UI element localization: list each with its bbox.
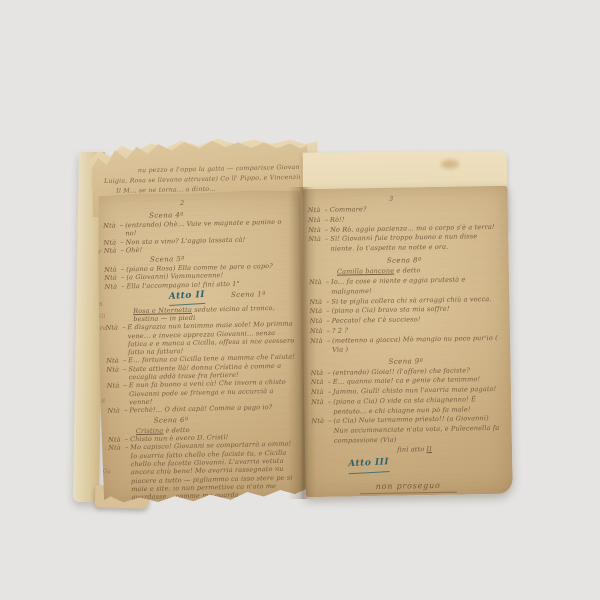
dialogue-text: (a Cia) Nuie turnammo priesto!! (a Giova…: [333, 414, 502, 446]
speaker-abbreviation: Ntà: [104, 246, 119, 255]
speaker-abbreviation: Ntà: [106, 365, 121, 374]
stage-direction-underlined: Rosa e Nternetta: [133, 305, 192, 314]
speaker-abbreviation: Ntà: [308, 216, 323, 226]
speaker-abbreviation: Ntà: [308, 206, 323, 216]
manuscript-page-right: 3 Ntà–Commare?Ntà–Rò!!Ntà–No Rò, aggio p…: [300, 186, 512, 498]
dialogue-text: Giovanni a me nun m'è riuscito, ma l'ava…: [131, 498, 301, 552]
right-page-text: Ntà–Commare?Ntà–Rò!!Ntà–No Rò, aggio pac…: [301, 201, 513, 494]
dialogue-line: Ntà–(mettenno a giacca) Mò mangio nu poc…: [310, 333, 501, 356]
act-closing-number: II: [426, 445, 432, 453]
handwritten-note-text: non proseguo: [360, 480, 457, 494]
dialogue-text: E nun fa buono a venì cà! Che invorn a c…: [129, 378, 299, 407]
handwritten-note: non proseguo: [313, 479, 504, 494]
margin-mark: Gu: [103, 469, 111, 475]
margin-mark: E: [101, 399, 105, 405]
speaker-abbreviation: Ntà: [309, 297, 324, 307]
speaker-abbreviation: Ntà: [105, 324, 120, 333]
speaker-abbreviation: Ntà: [310, 307, 325, 317]
paper-stain: [441, 160, 459, 169]
speaker-abbreviation: Ntà: [309, 278, 324, 288]
dialogue-line: Ntà–Mo capisco! Giovanni se comportarrà …: [108, 440, 300, 503]
margin-mark: Gi: [99, 314, 105, 320]
speaker-abbreviation: Ntà: [310, 327, 325, 337]
speaker-abbreviation: Ntà: [310, 336, 325, 346]
speaker-abbreviation: Ntà: [107, 382, 122, 391]
speaker-abbreviation: Ntà: [308, 225, 323, 235]
stage-direction-underlined: Camilla bancone: [337, 267, 394, 276]
stage-direction-underlined: Cristina: [136, 426, 164, 435]
margin-marks: FSGiPeEGu: [104, 548, 311, 553]
speaker-abbreviation: Ntà: [310, 317, 325, 327]
dialogue-text: Sì! Giovanni fuie troppo buono e nun dis…: [330, 232, 499, 254]
dialogue-line: Ntà–Sì! Giovanni fuie troppo buono e nun…: [308, 232, 499, 255]
act-title: Atto III: [348, 456, 390, 474]
speaker-abbreviation: Ntà: [311, 417, 326, 427]
open-manuscript-book: nu pezzo e l'oppa la gatta — comparisce …: [0, 0, 600, 600]
left-page-text: Scena 4ªNtà–(entrando) Ohè... Vuie ve ma…: [96, 204, 311, 552]
speaker-abbreviation: Ntà: [311, 378, 326, 388]
manuscript-page-left: 2 Scena 4ªNtà–(entrando) Ohè... Vuie ve …: [95, 189, 309, 504]
speaker-abbreviation: Ntà: [311, 398, 326, 408]
speaker-abbreviation: Ntà: [108, 444, 123, 453]
margin-mark: S: [99, 302, 103, 308]
speaker-abbreviation: Ntà: [107, 407, 122, 416]
dialogue-text: (mettenno a giacca) Mò mangio nu poco pu…: [332, 333, 501, 355]
scene-heading: Scena 1ª: [231, 290, 266, 300]
dialogue-line: Ntà–(a Cia) Nuie turnammo priesto!! (a G…: [311, 414, 502, 447]
speaker-abbreviation: Ntà: [311, 368, 326, 378]
act-title: Atto II: [169, 290, 206, 306]
dialogue-text: Mo capisco! Giovanni se comportarrà a om…: [130, 440, 300, 502]
margin-mark: Pe: [99, 326, 106, 332]
dialogue-line: Ntà–E disgrazia nun tenimmo maie sole! M…: [105, 320, 297, 358]
photo-background: nu pezzo e l'oppa la gatta — comparisce …: [0, 0, 600, 600]
act-title-row: Atto III: [312, 455, 503, 474]
speaker-abbreviation: Ntà: [104, 282, 119, 291]
speaker-abbreviation: Ntà: [308, 235, 323, 245]
speaker-abbreviation: Ntà: [103, 221, 118, 230]
dialogue-text: E disgrazia nun tenimmo maie sole! Mo pr…: [127, 320, 297, 357]
speaker-abbreviation: Ntà: [311, 388, 326, 398]
